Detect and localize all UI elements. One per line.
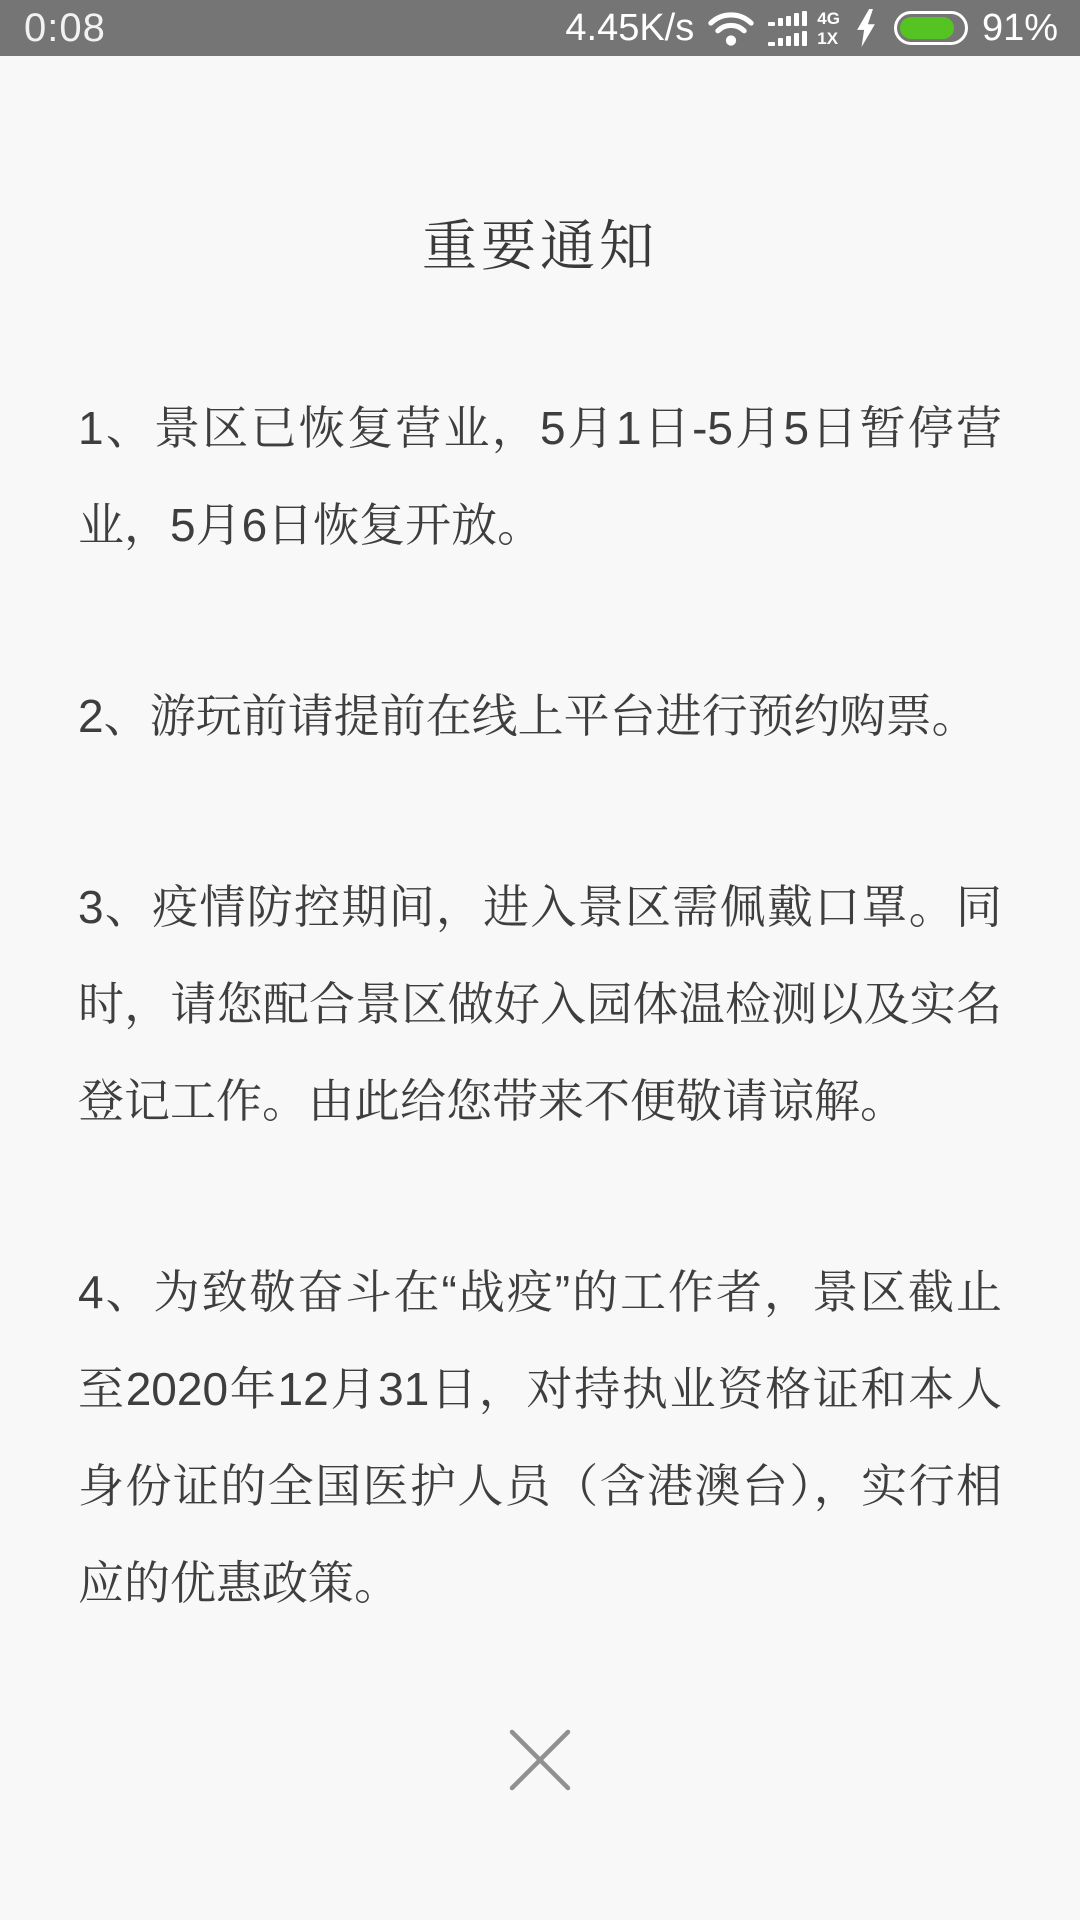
notice-dialog: 重要通知 1、景区已恢复营业，5月1日-5月5日暂停营业，5月6日恢复开放。 2… xyxy=(0,206,1080,1794)
battery-fill-level xyxy=(900,17,955,39)
sim2-signal-bars xyxy=(768,31,807,46)
clock-time: 0:08 xyxy=(24,6,106,51)
battery-percent: 91% xyxy=(982,7,1058,50)
network-speed: 4.45K/s xyxy=(565,7,694,50)
notice-paragraph-1: 1、景区已恢复营业，5月1日-5月5日暂停营业，5月6日恢复开放。 xyxy=(78,380,1002,574)
notice-paragraph-3: 3、疫情防控期间，进入景区需佩戴口罩。同时，请您配合景区做好入园体温检测以及实名… xyxy=(78,859,1002,1150)
notice-body: 1、景区已恢复营业，5月1日-5月5日暂停营业，5月6日恢复开放。 2、游玩前请… xyxy=(0,380,1080,1632)
battery-icon xyxy=(894,11,968,45)
notice-paragraph-4: 4、为致敬奋斗在“战疫”的工作者，景区截止至2020年12月31日，对持执业资格… xyxy=(78,1244,1002,1632)
status-bar: 0:08 4.45K/s 4G 1X 91% xyxy=(0,0,1080,56)
notice-paragraph-2: 2、游玩前请提前在线上平台进行预约购票。 xyxy=(78,668,1002,765)
notice-title: 重要通知 xyxy=(0,206,1080,286)
charging-bolt-icon xyxy=(854,9,878,47)
close-icon[interactable] xyxy=(506,1726,574,1794)
wifi-icon xyxy=(708,9,754,47)
status-icons-group: 4.45K/s 4G 1X 91% xyxy=(565,7,1058,50)
sim1-network-type: 4G xyxy=(817,10,840,27)
sim2-network-type: 1X xyxy=(817,30,840,47)
sim1-signal-bars xyxy=(768,11,807,26)
cellular-signal-icon xyxy=(768,11,807,46)
sim-network-type-labels: 4G 1X xyxy=(817,10,840,47)
close-button-area xyxy=(0,1726,1080,1794)
